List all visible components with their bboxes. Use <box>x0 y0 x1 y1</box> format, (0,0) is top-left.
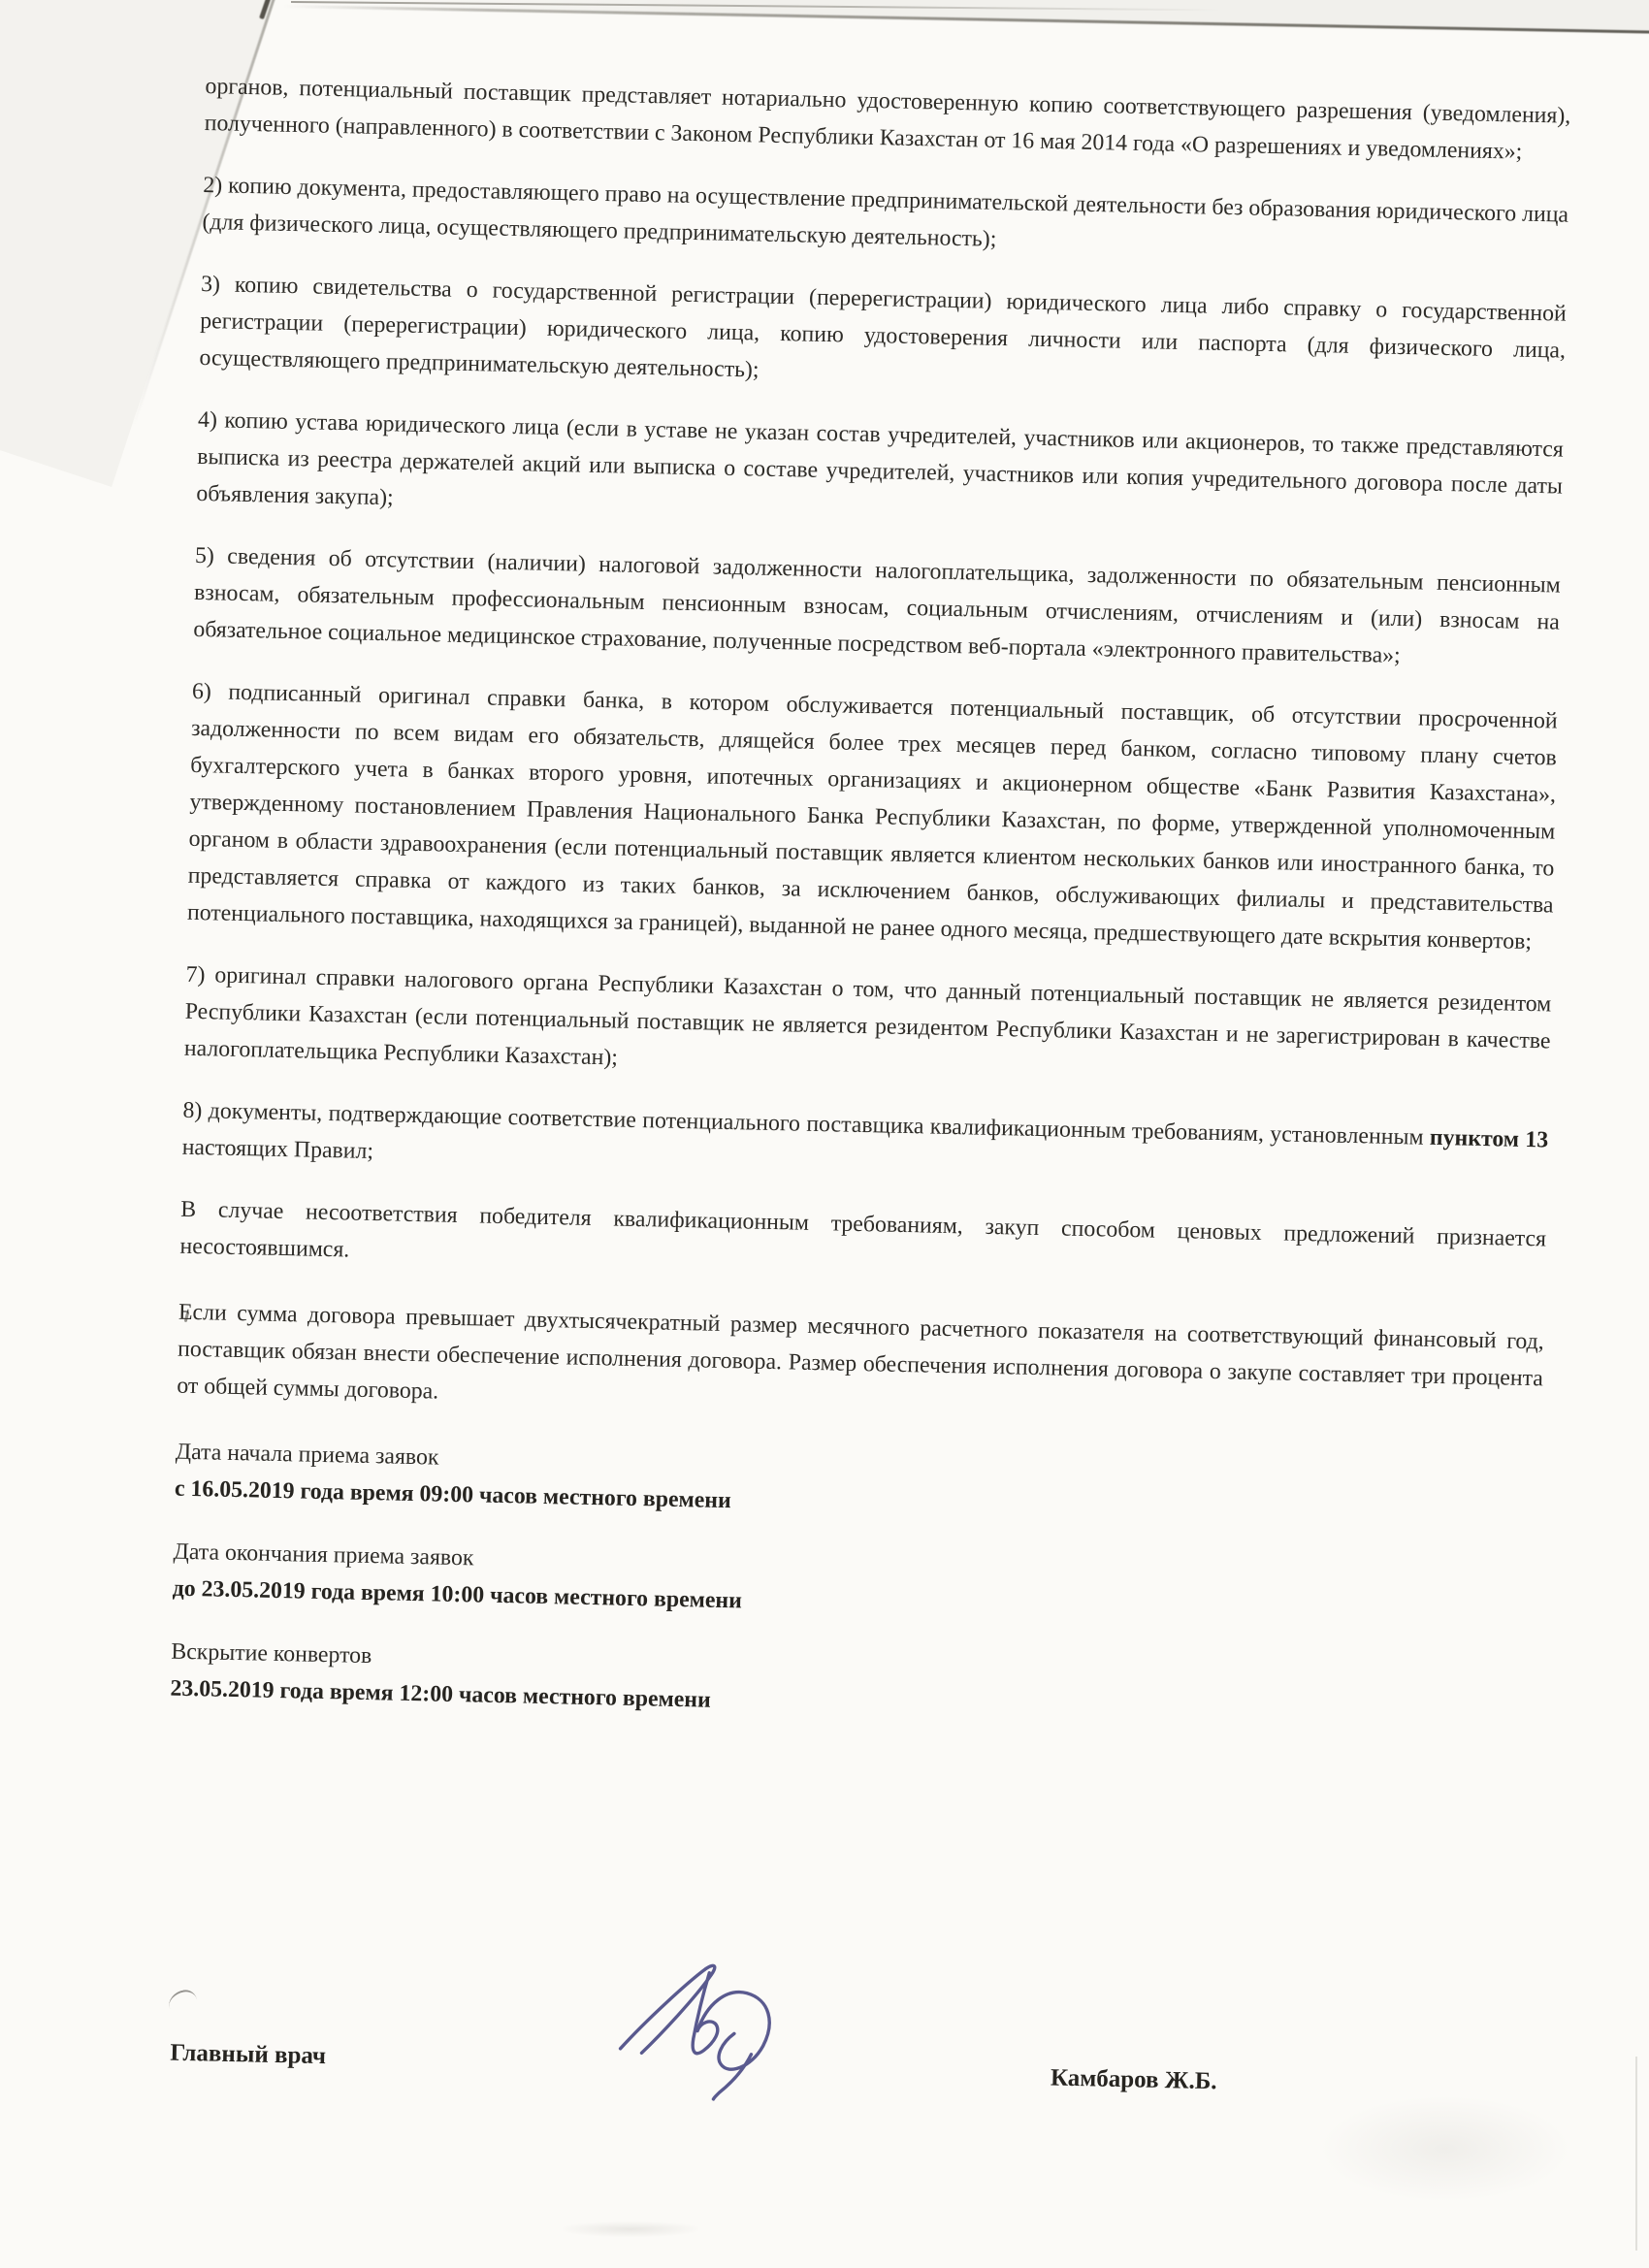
application-start-block: Дата начала приема заявок с 16.05.2019 г… <box>175 1434 1541 1538</box>
clause-6: 6) подписанный оригинал справки банка, в… <box>187 673 1558 961</box>
clause-8-bold-reference: пунктом 13 <box>1430 1125 1549 1153</box>
intro-paragraph: органов, потенциальный поставщик предста… <box>204 68 1570 172</box>
clause-2: 2) копию документа, предоставляющего пра… <box>202 167 1568 271</box>
application-end-block: Дата окончания приема заявок до 23.05.20… <box>172 1534 1538 1637</box>
corner-fold-mark <box>259 0 272 19</box>
envelope-opening-block: Вскрытие конвертов 23.05.2019 года время… <box>170 1634 1536 1737</box>
clause-8-tail: настоящих Правил; <box>181 1135 373 1164</box>
clause-4: 4) копию устава юридического лица (если … <box>196 402 1564 542</box>
paper-top-edge-shadow <box>283 5 1649 34</box>
paper-top-edge-line <box>291 1 1222 11</box>
clause-8: 8) документы, подтверждающие соответстви… <box>181 1092 1548 1196</box>
document-body: органов, потенциальный поставщик предста… <box>159 68 1570 2221</box>
handwritten-signature <box>596 1959 812 2109</box>
contract-security-paragraph: Если сумма договора превышает двухтысяче… <box>177 1294 1544 1435</box>
clause-5: 5) сведения об отсутствии (наличии) нало… <box>193 537 1561 678</box>
pen-tick-mark <box>166 1988 197 2008</box>
signer-role: Главный врач <box>170 2035 326 2075</box>
scan-scratch-mark <box>1635 2057 1637 2251</box>
signature-row: Главный врач Камбаров Ж.Б. <box>160 1961 1530 2195</box>
clause-7: 7) оригинал справки налогового органа Ре… <box>184 956 1552 1097</box>
clause-3: 3) копию свидетельства о государственной… <box>199 266 1567 406</box>
scanned-document-page: { "page": { "paper_color": "#fbfaf7", "b… <box>0 0 1649 2268</box>
scan-smudge <box>563 2221 698 2237</box>
nonconformity-paragraph: В случае несоответствия победителя квали… <box>179 1191 1546 1295</box>
scanner-background-sliver <box>279 0 1649 32</box>
signer-name: Камбаров Ж.Б. <box>1051 2059 1217 2100</box>
